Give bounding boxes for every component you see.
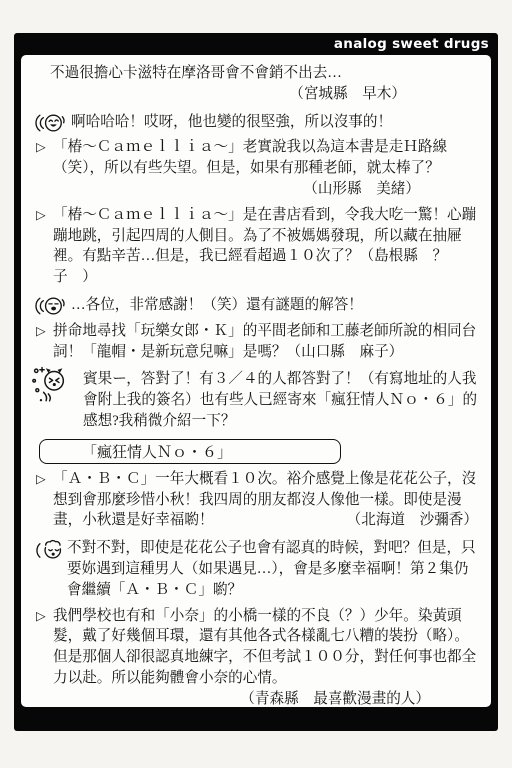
reply-text: 不對不對，即使是花花公子也會有認真的時候，對吧？但是，只要妳遇到這種男人（如果遇… [67,538,478,600]
letter-text: ▷「Ａ・Ｂ・Ｃ」一年大概看１０次。裕介感覺上像是花花公子，沒想到會那麼珍惜小秋！… [35,469,478,531]
letters-column-body: 不過很擔心卡滋特在摩洛哥會不會銷不出去… （宮城縣 早木） 啊哈哈哈！哎呀，他也… [21,55,491,707]
reply-text: 啊哈哈哈！哎呀，他也變的很堅強，所以沒事的！ [71,112,478,133]
letter-text: ▷「椿〜Ｃａｍｅｌｌｉａ〜」是在書店看到，令我大吃一驚！心蹦蹦地跳，引起四周的人… [35,205,478,288]
letter-signature: （山形縣 美緒） [35,179,478,200]
featured-title-label: 「瘋狂情人Ｎｏ・６」 [82,441,232,462]
editor-reply: …各位，非常感謝！（笑）還有謎題的解答！ [35,295,478,316]
editor-reply: 賓果ー，答對了！有３／４的人都答對了！（有寫地址的人我會附上我的簽名）也有些人已… [35,369,478,431]
reader-letter: ▷我們學校也有和「小奈」的小橋一樣的不良（？）少年。染黃頭髮，戴了好幾個耳環，還… [35,606,478,707]
letter-signature: （宮城縣 早木） [35,84,478,105]
letter-text: ▷「椿〜Ｃａｍｅｌｌｉａ〜」老實說我以為這本書是走Ｈ路線（笑），所以有些失望。但… [35,137,478,179]
reply-text: …各位，非常感謝！（笑）還有謎題的解答！ [71,295,478,316]
page-frame: analog sweet drugs 不過很擔心卡滋特在摩洛哥會不會銷不出去… … [14,33,498,731]
column-title: analog sweet drugs [334,36,489,52]
reply-text: 賓果ー，答對了！有３／４的人都答對了！（有寫地址的人我會附上我的簽名）也有些人已… [83,369,478,431]
letter-marker-icon: ▷ [36,205,46,226]
letter-text: ▷拼命地尋找「玩樂女郎・Ｋ」的平間老師和工藤老師所說的相同台詞！「龍帽・是新玩意… [35,321,478,363]
laughing-face-icon [35,111,66,135]
deadpan-laugh-face-icon [35,294,66,318]
letter-marker-icon: ▷ [36,606,46,627]
letter-marker-icon: ▷ [36,469,46,490]
reader-letter: 不過很擔心卡滋特在摩洛哥會不會銷不出去… （宮城縣 早木） [35,63,478,105]
smug-face-icon [35,537,66,563]
scanned-magazine-page: analog sweet drugs 不過很擔心卡滋特在摩洛哥會不會銷不出去… … [0,0,512,768]
column-header-bar: analog sweet drugs [14,33,498,55]
reader-letter: ▷「椿〜Ｃａｍｅｌｌｉａ〜」是在書店看到，令我大吃一驚！心蹦蹦地跳，引起四周的人… [35,205,478,288]
reader-letter: ▷「椿〜Ｃａｍｅｌｌｉａ〜」老實說我以為這本書是走Ｈ路線（笑），所以有些失望。但… [35,137,478,199]
editor-reply: 啊哈哈哈！哎呀，他也變的很堅強，所以沒事的！ [35,112,478,133]
reader-letter: ▷拼命地尋找「玩樂女郎・Ｋ」的平間老師和工藤老師所說的相同台詞！「龍帽・是新玩意… [35,321,478,363]
letter-text: ▷我們學校也有和「小奈」的小橋一樣的不良（？）少年。染黃頭髮，戴了好幾個耳環，還… [35,606,478,689]
letter-marker-icon: ▷ [36,137,46,158]
featured-title-box: 「瘋狂情人Ｎｏ・６」 [39,439,341,464]
bingo-celebration-face-icon [31,365,73,407]
letter-marker-icon: ▷ [36,321,46,342]
letter-text: 不過很擔心卡滋特在摩洛哥會不會銷不出去… [35,63,478,84]
editor-reply: 不對不對，即使是花花公子也會有認真的時候，對吧？但是，只要妳遇到這種男人（如果遇… [35,538,478,600]
letter-signature: （青森縣 最喜歡漫畫的人） [35,689,478,707]
reader-letter: ▷「Ａ・Ｂ・Ｃ」一年大概看１０次。裕介感覺上像是花花公子，沒想到會那麼珍惜小秋！… [35,469,478,531]
letter-signature: （北海道 沙彌香） [347,510,478,531]
